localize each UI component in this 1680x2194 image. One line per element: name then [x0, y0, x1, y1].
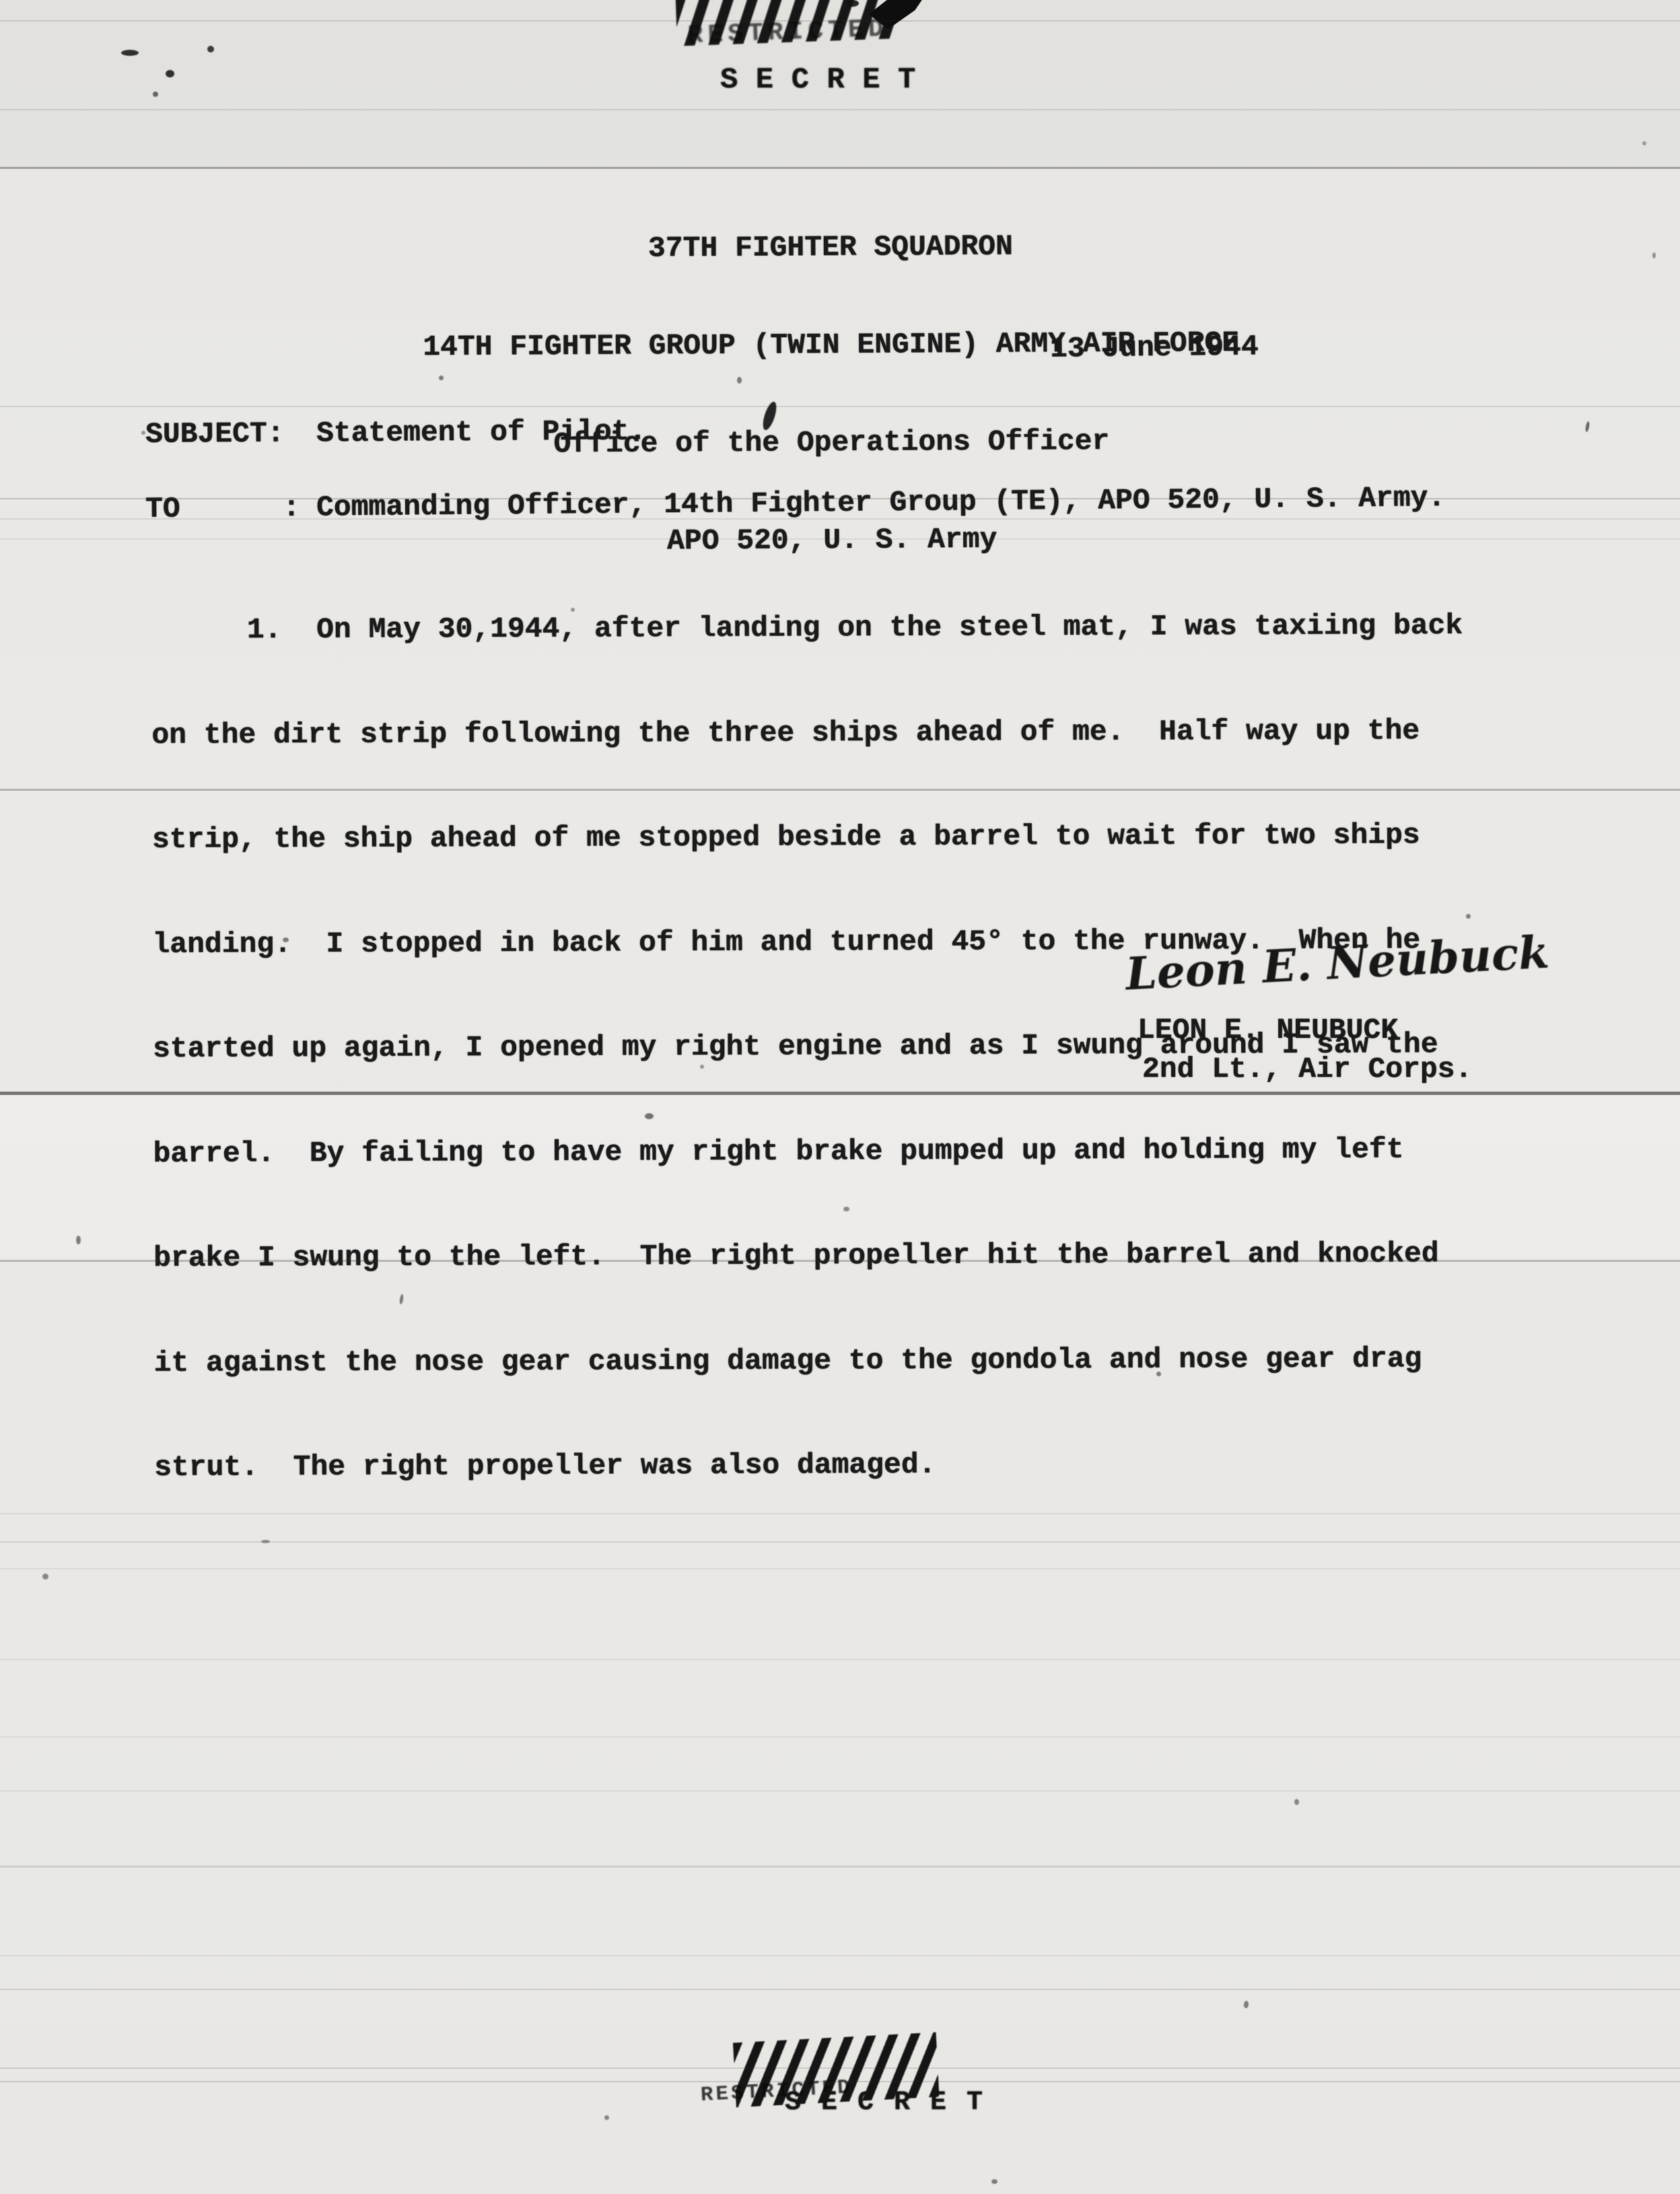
- scan-line: [0, 1790, 1680, 1792]
- body-line: on the dirt strip following the three sh…: [151, 711, 1599, 754]
- signer-typed-name: LEON E. NEUBUCK: [1137, 1014, 1398, 1047]
- to-label: TO: [145, 492, 180, 525]
- ink-speck: [153, 92, 158, 97]
- ink-speck: [991, 2179, 998, 2184]
- body-line: 1. On May 30,1944, after landing on the …: [247, 606, 1599, 649]
- scan-line: [0, 1736, 1680, 1738]
- ink-speck: [166, 70, 174, 77]
- cross-out-hatching-top: [676, 0, 901, 46]
- scan-line: [0, 1989, 1680, 1990]
- body-line: brake I swung to the left. The right pro…: [153, 1234, 1601, 1277]
- date-line: 13 June 1944: [1050, 330, 1259, 365]
- scan-line: [0, 1568, 1680, 1569]
- ink-speck: [1294, 1799, 1299, 1805]
- signer-rank: 2nd Lt., Air Corps.: [1142, 1053, 1472, 1086]
- ink-speck: [604, 2115, 609, 2120]
- ink-speck: [76, 1236, 81, 1244]
- restricted-stamp-top: RESTRICTED: [676, 0, 930, 53]
- subject-value: Statement of Pilot.: [316, 415, 647, 450]
- body-line: strut. The right propeller was also dama…: [154, 1443, 1601, 1487]
- ink-speck: [42, 1573, 48, 1580]
- scan-line: [0, 1659, 1680, 1660]
- scan-line: [0, 109, 1680, 110]
- body-line: it against the nose gear causing damage …: [154, 1339, 1601, 1382]
- letterhead-squadron: 37TH FIGHTER SQUADRON: [0, 227, 1662, 268]
- scan-line: [0, 1866, 1680, 1868]
- body-line: barrel. By failing to have my right brak…: [153, 1129, 1600, 1173]
- body-line: strip, the ship ahead of me stopped besi…: [152, 815, 1599, 859]
- ink-speck: [1642, 141, 1646, 145]
- secret-classification-top: S E C R E T: [720, 63, 915, 97]
- subject-label: SUBJECT:: [145, 417, 285, 451]
- to-separator: :: [283, 491, 300, 524]
- ink-speck: [207, 46, 214, 52]
- letterhead-group: 14TH FIGHTER GROUP (TWIN ENGINE) ARMY AI…: [0, 325, 1663, 365]
- secret-classification-bottom: S E C R E T: [785, 2088, 985, 2118]
- document-page: RESTRICTED S E C R E T 37TH FIGHTER SQUA…: [0, 0, 1680, 2194]
- scan-line: [0, 1955, 1680, 1956]
- ink-speck: [1243, 2001, 1249, 2009]
- ink-speck: [121, 50, 139, 56]
